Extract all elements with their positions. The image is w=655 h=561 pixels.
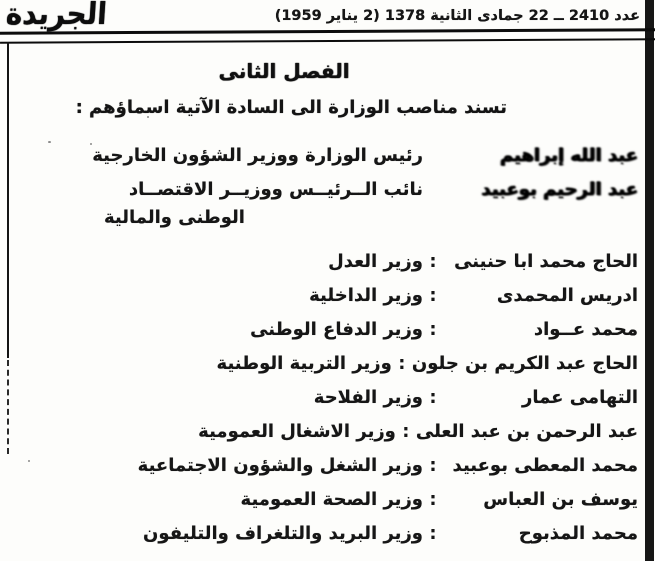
minister-row: يوسف بن العباس : وزير الصحة العمومية xyxy=(72,483,638,517)
section-title: الفصل الثانى xyxy=(164,59,404,83)
minister-title: وزير الداخلية xyxy=(72,279,423,313)
colon-separator: : xyxy=(423,517,443,551)
minister-title: رئيس الوزارة ووزير الشؤون الخارجية xyxy=(72,139,423,173)
colon-separator: : xyxy=(423,381,443,415)
minister-name: عبد الرحمن بن عبد العلى xyxy=(416,415,638,449)
minister-row: التهامى عمار : وزير الفلاحة xyxy=(72,381,638,415)
colon-separator: : xyxy=(423,279,443,313)
minister-row: محمد المذبوح : وزير البريد والتلغراف وال… xyxy=(72,517,638,551)
minister-name: الحاج عبد الكريم بن جلون xyxy=(412,347,638,381)
issue-date-line: عدد 2410 ــ 22 جمادى الثانية 1378 (2 ينا… xyxy=(275,8,640,24)
minister-row: عبد الرحيم بوعبيد نائب الــرئيــس ووزيــ… xyxy=(72,173,638,235)
colon-separator: : xyxy=(392,347,412,381)
minister-name: محمد المذبوح xyxy=(443,517,638,551)
minister-name: عبد الرحيم بوعبيد xyxy=(443,173,638,207)
colon-separator: : xyxy=(396,415,416,449)
minister-name: عبد الله إبراهيم xyxy=(443,139,638,173)
header-divider-rule xyxy=(0,28,655,43)
minister-name: محمد عــواد xyxy=(443,313,638,347)
minister-title-line1: نائب الــرئيــس ووزيــر الاقتصــاد xyxy=(72,176,423,204)
minister-title: وزير البريد والتلغراف والتليفون xyxy=(72,517,423,551)
minister-title: وزير الاشغال العمومية xyxy=(72,415,396,449)
masthead-logo: الجريدة xyxy=(5,0,108,31)
minister-row: عبد الرحمن بن عبد العلى : وزير الاشغال ا… xyxy=(72,415,638,449)
minister-row: ادريس المحمدى : وزير الداخلية xyxy=(72,279,638,313)
ministers-list: عبد الله إبراهيم رئيس الوزارة ووزير الشؤ… xyxy=(72,139,638,551)
scan-edge-band xyxy=(645,0,654,561)
minister-name: محمد المعطى بوعبيد xyxy=(443,449,638,483)
scan-speck xyxy=(28,460,30,462)
minister-name: الحاج محمد ابا حنينى xyxy=(443,245,638,279)
left-page-edge-line-dashed xyxy=(7,360,9,454)
minister-name: ادريس المحمدى xyxy=(443,279,638,313)
colon-separator: : xyxy=(423,313,443,347)
minister-title: وزير التربية الوطنية xyxy=(72,347,392,381)
minister-title: وزير الشغل والشؤون الاجتماعية xyxy=(72,449,423,483)
minister-row: محمد عــواد : وزير الدفاع الوطنى xyxy=(72,313,638,347)
minister-row: الحاج عبد الكريم بن جلون : وزير التربية … xyxy=(72,347,638,381)
scan-speck xyxy=(147,116,149,118)
minister-name: يوسف بن العباس xyxy=(443,483,638,517)
minister-row: محمد المعطى بوعبيد : وزير الشغل والشؤون … xyxy=(72,449,638,483)
intro-sentence: تسند مناصب الوزارة الى السادة الآتية اسم… xyxy=(76,97,507,118)
minister-name: التهامى عمار xyxy=(443,381,638,415)
minister-title: وزير العدل xyxy=(72,245,423,279)
colon-separator: : xyxy=(423,483,443,517)
gazette-page: الجريدة عدد 2410 ــ 22 جمادى الثانية 137… xyxy=(0,0,655,561)
colon-separator: : xyxy=(423,449,443,483)
minister-title: وزير الصحة العمومية xyxy=(72,483,423,517)
scan-speck xyxy=(90,143,92,145)
minister-title: نائب الــرئيــس ووزيــر الاقتصــاد الوطن… xyxy=(72,173,423,232)
colon-separator: : xyxy=(423,245,443,279)
scan-speck xyxy=(48,141,51,143)
minister-title: وزير الدفاع الوطنى xyxy=(72,313,423,347)
minister-row: الحاج محمد ابا حنينى : وزير العدل xyxy=(72,245,638,279)
minister-row: عبد الله إبراهيم رئيس الوزارة ووزير الشؤ… xyxy=(72,139,638,173)
minister-title-line2: الوطنى والمالية xyxy=(72,204,423,232)
left-page-edge-line xyxy=(7,42,9,358)
minister-title: وزير الفلاحة xyxy=(72,381,423,415)
